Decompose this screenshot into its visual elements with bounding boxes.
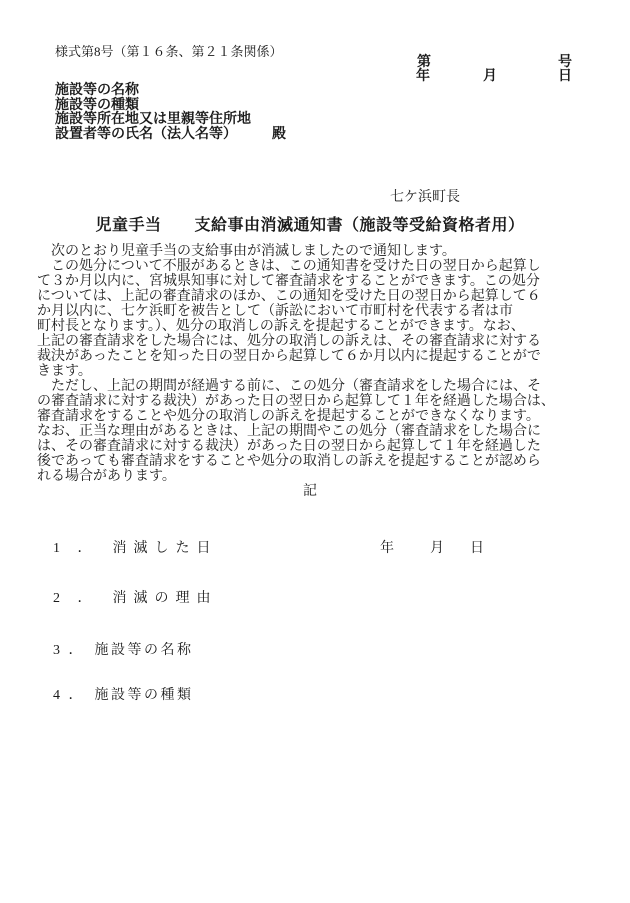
- item1-month-label: 月: [430, 542, 444, 556]
- document-page: 様式第8号（第１６条、第２１条関係） 第 号 年 月 日 施設等の名称 施設等の…: [0, 0, 630, 903]
- sender-mayor-title: 七ケ浜町長: [390, 190, 460, 206]
- doc-number-suffix: 号: [558, 56, 572, 70]
- date-year-label: 年: [416, 70, 430, 84]
- item-1-extinction-date: 1 ． 消滅した日: [53, 542, 218, 556]
- document-title: 児童手当 支給事由消滅通知書（施設等受給資格者用）: [0, 212, 625, 235]
- doc-number-prefix: 第: [417, 56, 431, 70]
- item-2-extinction-reason: 2 ． 消滅の理由: [53, 592, 218, 606]
- item1-year-label: 年: [380, 542, 394, 556]
- honorific-dono: 殿: [272, 128, 286, 142]
- date-day-label: 日: [558, 70, 572, 84]
- notice-body-text: 次のとおり児童手当の支給事由が消滅しましたので通知します。 この処分について不服…: [37, 244, 597, 484]
- item-3-facility-name: 3 ． 施設等の名称: [53, 644, 194, 658]
- item1-day-label: 日: [470, 542, 484, 556]
- date-month-label: 月: [483, 70, 497, 84]
- form-number: 様式第8号（第１６条、第２１条関係）: [55, 44, 283, 59]
- item-4-facility-type: 4 ． 施設等の種類: [53, 689, 194, 703]
- record-marker: 記: [0, 480, 625, 500]
- recipient-address-block: 施設等の名称 施設等の種類 施設等所在地又は里親等住所地 設置者等の氏名（法人名…: [55, 84, 251, 143]
